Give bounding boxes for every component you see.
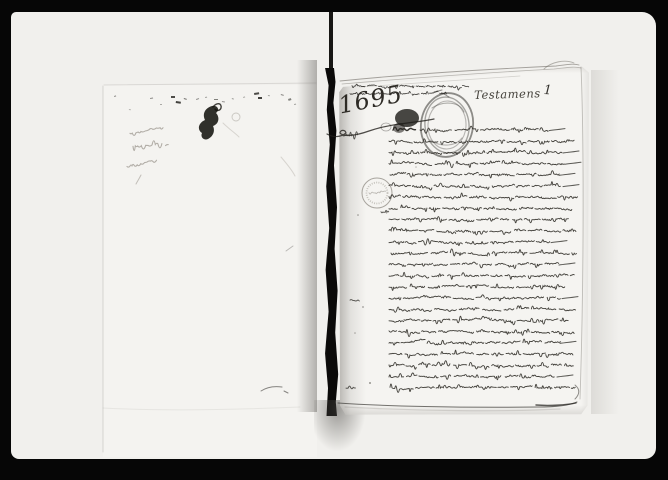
spine-left-shadow [297, 60, 317, 412]
page-bottom-shade [338, 405, 590, 416]
spine-top-line [329, 12, 333, 74]
book-spine [313, 68, 343, 416]
right-page-manuscript [338, 64, 590, 416]
left-page-blank [103, 85, 317, 457]
folio-number: 1 [543, 83, 552, 98]
page-right-shade [581, 64, 590, 416]
page-top-shade [338, 64, 590, 73]
page-edge-outer-shadow [591, 70, 619, 414]
page-heading: Testamens [474, 86, 541, 102]
scanned-register-image: 1695 Testamens 1 [0, 0, 668, 480]
scan-area [11, 12, 656, 459]
